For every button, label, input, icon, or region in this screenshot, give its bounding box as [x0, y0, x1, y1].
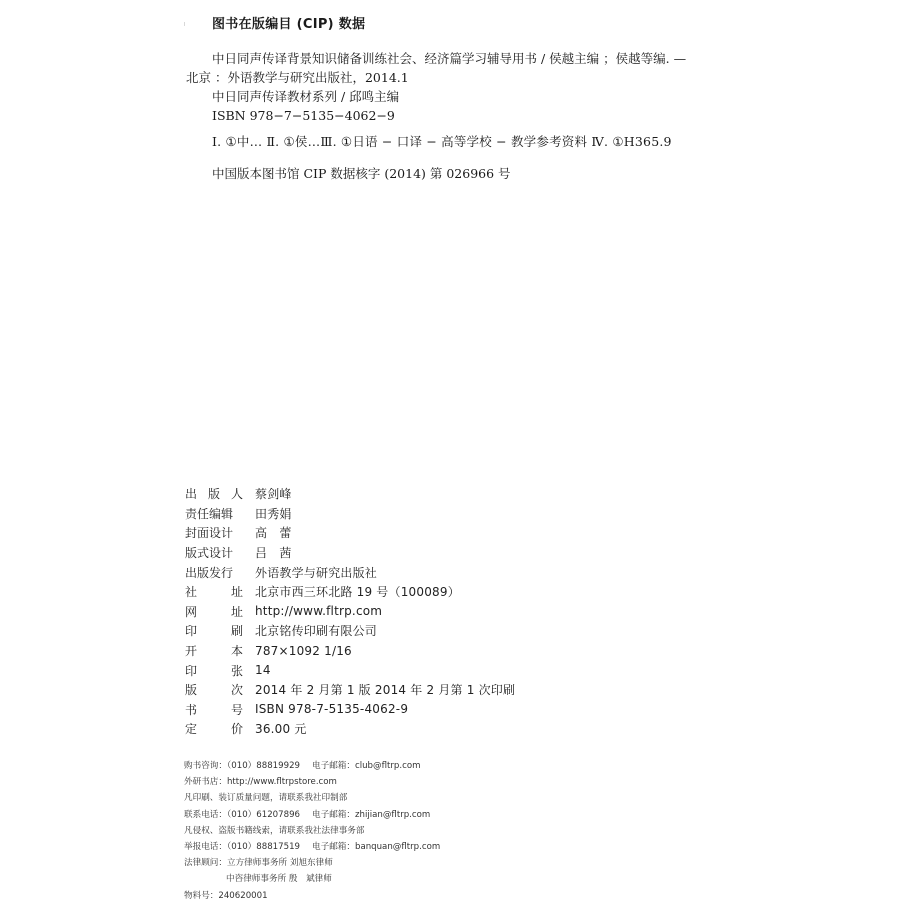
colophon-label-text: 网 — [185, 603, 197, 620]
colophon-label-text: 封面设计 — [185, 524, 233, 541]
colophon-label-text: 本 — [231, 642, 243, 659]
colophon-label-text: 版 — [208, 485, 220, 502]
colophon-label-text: 印 — [185, 662, 197, 679]
colophon-row: 版式设计吕 茜 — [185, 543, 515, 563]
colophon-value: 蔡剑峰 — [255, 485, 292, 502]
cip-entry-title-line: 中日同声传译背景知识储备训练社会、经济篇学习辅导用书 / 侯越主编 ；侯越等编.… — [186, 49, 726, 68]
cip-entry-publisher-line: 北京 ：外语教学与研究出版社，2014.1 — [186, 68, 726, 87]
colophon-label: 社址 — [185, 583, 243, 600]
colophon-label-text: 址 — [231, 583, 243, 600]
colophon-label-text: 次 — [231, 681, 243, 698]
print-phone: 联系电话：（010）61207896 — [184, 810, 300, 820]
scan-artifact — [184, 22, 185, 26]
colophon-label-text: 址 — [231, 603, 243, 620]
colophon-row: 版次2014 年 2 月第 1 版 2014 年 2 月第 1 次印刷 — [185, 680, 515, 700]
colophon-value: 36.00 元 — [255, 720, 307, 737]
colophon-row: 定价36.00 元 — [185, 719, 515, 739]
purchase-email: 电子邮箱：club@fltrp.com — [312, 761, 420, 771]
colophon-value: 787×1092 1/16 — [255, 644, 352, 658]
colophon-value: 田秀娟 — [255, 505, 292, 522]
colophon-row: 出版发行外语教学与研究出版社 — [185, 562, 515, 582]
colophon-value: 吕 茜 — [255, 544, 292, 561]
colophon-row: 封面设计高 蕾 — [185, 523, 515, 543]
colophon-value: ISBN 978-7-5135-4062-9 — [255, 702, 408, 716]
quality-notice: 凡印刷、装订质量问题，请联系我社印制部 — [184, 790, 440, 806]
cip-heading: 图书在版编目 (CIP) 数据 — [212, 13, 365, 32]
colophon-table: 出版人蔡剑峰责任编辑田秀娟封面设计高 蕾版式设计吕 茜出版发行外语教学与研究出版… — [185, 484, 515, 739]
colophon-row: 印刷北京铭传印刷有限公司 — [185, 621, 515, 641]
colophon-row: 开本787×1092 1/16 — [185, 641, 515, 661]
colophon-label-text: 号 — [231, 701, 243, 718]
colophon-label: 网址 — [185, 603, 243, 620]
colophon-label-text: 人 — [231, 485, 243, 502]
colophon-label-text: 书 — [185, 701, 197, 718]
colophon-label: 版次 — [185, 681, 243, 698]
legal-advisor-2: 中咨律师事务所 殷 斌律师 — [184, 871, 440, 887]
print-contact: 联系电话：（010）61207896电子邮箱：zhijian@fltrp.com — [184, 807, 440, 823]
colophon-row: 社址北京市西三环北路 19 号（100089） — [185, 582, 515, 602]
cip-classification: Ⅰ. ①中… Ⅱ. ①侯…Ⅲ. ①日语 − 口译 − 高等学校 − 教学参考资料… — [212, 132, 672, 150]
legal-advisor-1: 法律顾问：立方律师事务所 刘旭东律师 — [184, 855, 440, 871]
colophon-value: 北京市西三环北路 19 号（100089） — [255, 583, 460, 600]
colophon-label: 开本 — [185, 642, 243, 659]
item-number: 物料号：240620001 — [184, 888, 440, 900]
report-phone: 举报电话：（010）88817519 — [184, 842, 300, 852]
colophon-label-text: 定 — [185, 720, 197, 737]
colophon-label: 书号 — [185, 701, 243, 718]
colophon-label: 印刷 — [185, 622, 243, 639]
cip-entry: 中日同声传译背景知识储备训练社会、经济篇学习辅导用书 / 侯越主编 ；侯越等编.… — [186, 49, 726, 125]
colophon-label-text: 开 — [185, 642, 197, 659]
colophon-value: 北京铭传印刷有限公司 — [255, 622, 377, 639]
colophon-label-text: 印 — [185, 622, 197, 639]
colophon-row: 责任编辑田秀娟 — [185, 504, 515, 524]
cip-series-line: 中日同声传译教材系列 / 邱鸣主编 — [186, 87, 726, 106]
report-contact: 举报电话：（010）88817519电子邮箱：banquan@fltrp.com — [184, 839, 440, 855]
colophon-label-text: 出 — [185, 485, 197, 502]
cip-isbn-line: ISBN 978−7−5135−4062−9 — [186, 106, 726, 125]
colophon-label: 版式设计 — [185, 544, 243, 561]
purchase-phone: 购书咨询：（010）88819929 — [184, 761, 300, 771]
colophon-label-text: 责任编辑 — [185, 505, 233, 522]
colophon-value: http://www.fltrp.com — [255, 604, 382, 618]
colophon-label-text: 版式设计 — [185, 544, 233, 561]
colophon-row: 印张14 — [185, 660, 515, 680]
colophon-label: 出版人 — [185, 485, 243, 502]
colophon-value: 高 蕾 — [255, 524, 292, 541]
colophon-label-text: 出版发行 — [185, 564, 233, 581]
colophon-value: 2014 年 2 月第 1 版 2014 年 2 月第 1 次印刷 — [255, 681, 515, 698]
cip-record-number: 中国版本图书馆 CIP 数据核字 (2014) 第 026966 号 — [212, 164, 511, 182]
print-email: 电子邮箱：zhijian@fltrp.com — [312, 810, 430, 820]
colophon-label: 出版发行 — [185, 564, 243, 581]
colophon-label: 责任编辑 — [185, 505, 243, 522]
purchase-contact: 购书咨询：（010）88819929电子邮箱：club@fltrp.com — [184, 758, 440, 774]
colophon-value: 外语教学与研究出版社 — [255, 564, 377, 581]
colophon-label: 印张 — [185, 662, 243, 679]
colophon-row: 网址http://www.fltrp.com — [185, 602, 515, 622]
colophon-row: 书号ISBN 978-7-5135-4062-9 — [185, 700, 515, 720]
colophon-label: 定价 — [185, 720, 243, 737]
piracy-notice: 凡侵权、盗版书籍线索，请联系我社法律事务部 — [184, 823, 440, 839]
colophon-label-text: 价 — [231, 720, 243, 737]
colophon-value: 14 — [255, 663, 271, 677]
colophon-label-text: 刷 — [231, 622, 243, 639]
bookstore-url: 外研书店：http://www.fltrpstore.com — [184, 774, 440, 790]
contact-info: 购书咨询：（010）88819929电子邮箱：club@fltrp.com 外研… — [184, 758, 440, 900]
colophon-label: 封面设计 — [185, 524, 243, 541]
report-email: 电子邮箱：banquan@fltrp.com — [312, 842, 440, 852]
colophon-label-text: 张 — [231, 662, 243, 679]
colophon-label-text: 版 — [185, 681, 197, 698]
colophon-label-text: 社 — [185, 583, 197, 600]
colophon-row: 出版人蔡剑峰 — [185, 484, 515, 504]
